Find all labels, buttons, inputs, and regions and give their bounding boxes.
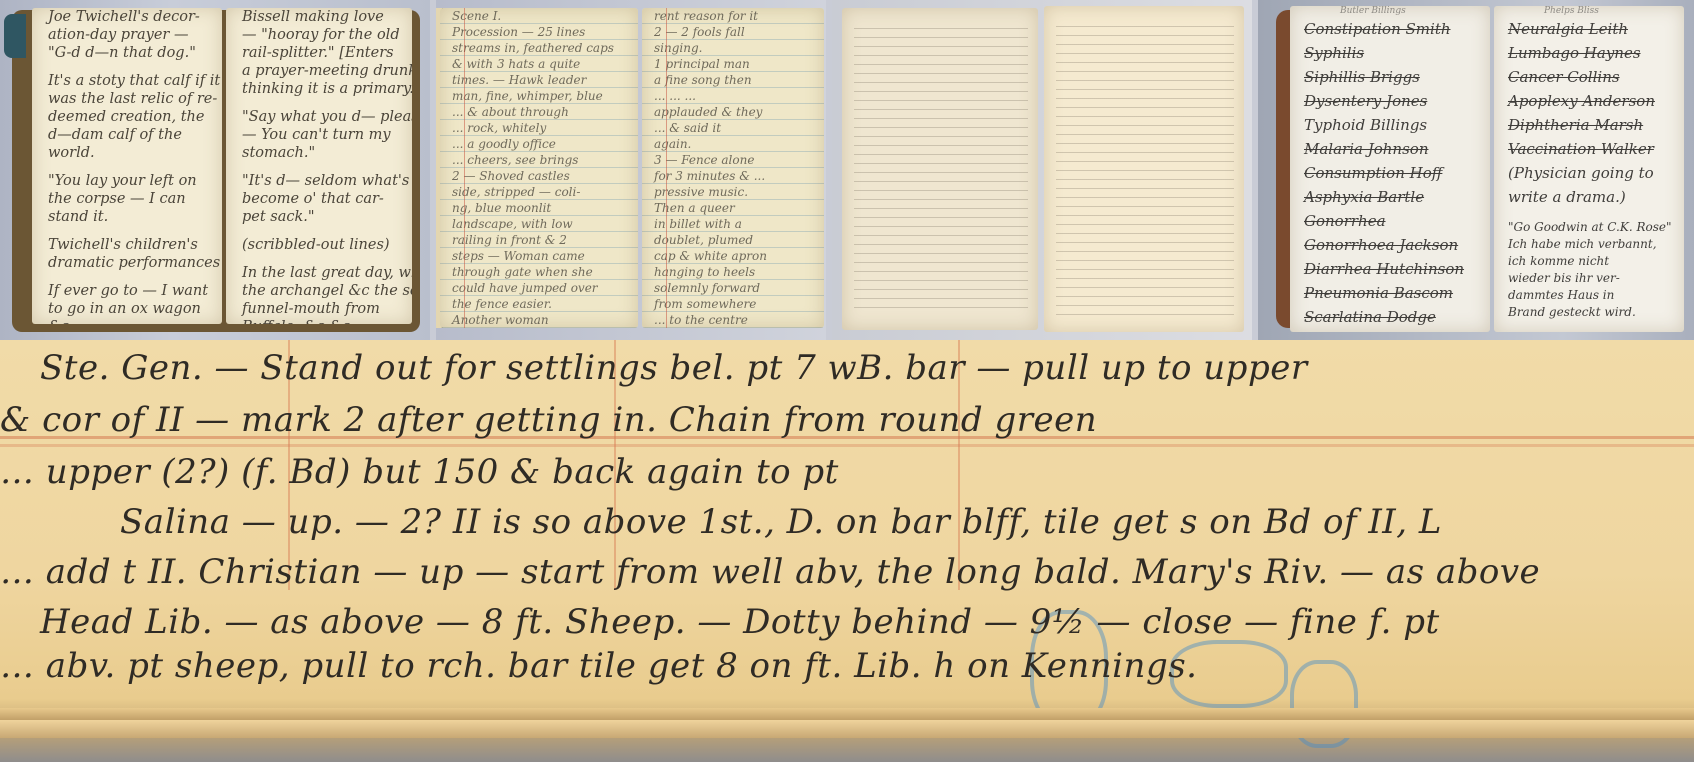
character-name-entry: Scarlatina Dodge [1290, 305, 1490, 329]
character-name-entry: Neuralgia Leith [1494, 17, 1684, 41]
handwritten-line: If ever go to — I want [32, 282, 222, 300]
section-divider [32, 226, 222, 236]
character-name-entry: Typhoid Billings [1290, 113, 1490, 137]
handwritten-line: Another woman [440, 312, 638, 328]
handwritten-line: Then a queer [642, 200, 824, 216]
handwritten-line: It's a stoty that calf if it [32, 72, 222, 90]
handwritten-line: Joe Twichell's decor- [32, 8, 222, 26]
closeup-handwritten-line: Salina — up. — 2? II is so above 1st., D… [120, 502, 1442, 542]
notebook-2-photo: Scene I.Procession — 25 linesstreams in,… [436, 0, 826, 340]
notebook-1-photo: Joe Twichell's decor-ation-day prayer —"… [0, 0, 430, 340]
handwritten-line: to go in an ox wagon [32, 300, 222, 318]
handwritten-line: streams in, feathered caps [440, 40, 638, 56]
german-note-line: dammtes Haus in [1494, 287, 1684, 304]
handwritten-line: a fine song then [642, 72, 824, 88]
notebook-1-left-page: Joe Twichell's decor-ation-day prayer —"… [32, 8, 222, 324]
character-name-entry: Asphyxia Bartle [1290, 185, 1490, 209]
handwritten-line: stomach." [226, 144, 412, 162]
handwritten-line: Procession — 25 lines [440, 24, 638, 40]
german-note-line: ich komme nicht [1494, 253, 1684, 270]
notebook-4-right-page: Phelps BlissNeuralgia LeithLumbago Hayne… [1494, 6, 1684, 332]
handwritten-line: singing. [642, 40, 824, 56]
handwritten-line: Twichell's children's [32, 236, 222, 254]
handwritten-line: solemnly forward [642, 280, 824, 296]
handwritten-line: stand it. [32, 208, 222, 226]
notebook-3-left-page [842, 8, 1038, 330]
handwritten-line: ... to the centre [642, 312, 824, 328]
handwritten-line: through gate when she [440, 264, 638, 280]
character-name-entry: Syphilis [1290, 41, 1490, 65]
dense-handwriting-block [854, 22, 1028, 316]
handwritten-line: rail-splitter." [Enters [226, 44, 412, 62]
character-name-entry: Lumbago Haynes [1494, 41, 1684, 65]
closeup-handwritten-line: Head Lib. — as above — 8 ft. Sheep. — Do… [40, 602, 1440, 642]
section-divider [226, 98, 412, 108]
character-name-entry: (Physician going to [1494, 161, 1684, 185]
handwritten-line: applauded & they [642, 104, 824, 120]
notebook-photo-strip: Joe Twichell's decor-ation-day prayer —"… [0, 0, 1694, 340]
character-name-entry: Gonorrhoea Jackson [1290, 233, 1490, 257]
handwritten-line: times. — Hawk leader [440, 72, 638, 88]
handwritten-line: "Say what you d— please [226, 108, 412, 126]
handwritten-line: ... cheers, see brings [440, 152, 638, 168]
handwritten-line: 3 — Fence alone [642, 152, 824, 168]
handwritten-line: "You lay your left on [32, 172, 222, 190]
character-name-entry: Dysentery Jones [1290, 89, 1490, 113]
german-note-line: "Go Goodwin at C.K. Rose" [1494, 219, 1684, 236]
notebook-2-left-page: Scene I.Procession — 25 linesstreams in,… [440, 8, 638, 328]
character-name-entry: Gonorrhea [1290, 209, 1490, 233]
notebook-4-left-page: Butler BillingsConstipation SmithSyphili… [1290, 6, 1490, 332]
handwritten-line: ng, blue moonlit [440, 200, 638, 216]
notebook-3-right-page [1044, 6, 1244, 332]
handwritten-line: ... & said it [642, 120, 824, 136]
handwritten-line: deemed creation, the [32, 108, 222, 126]
notebook-1: Joe Twichell's decor-ation-day prayer —"… [0, 0, 430, 340]
character-name-entry: Malaria Johnson [1290, 137, 1490, 161]
handwritten-line: from somewhere [642, 296, 824, 312]
pencil-annotation: Butler Billings [1290, 6, 1490, 17]
ruled-line-red [0, 444, 1694, 447]
notebook-3-photo [832, 0, 1252, 340]
handwritten-line: hanging to heels [642, 264, 824, 280]
handwritten-line: ... a goodly office [440, 136, 638, 152]
handwritten-line: cap & white apron [642, 248, 824, 264]
closeup-manuscript-page: Ste. Gen. — Stand out for settlings bel.… [0, 340, 1694, 762]
handwritten-line: railing in front & 2 [440, 232, 638, 248]
handwritten-line: dramatic performances [32, 254, 222, 272]
page-edge [0, 720, 1694, 738]
closeup-handwritten-line: … upper (2?) (f. Bd) but 150 & back agai… [0, 452, 839, 492]
closeup-handwritten-line: … abv. pt sheep, pull to rch. bar tile g… [0, 646, 1197, 686]
handwritten-line: could have jumped over [440, 280, 638, 296]
notebook-2: Scene I.Procession — 25 linesstreams in,… [436, 0, 826, 340]
character-name-entry: write a drama.) [1494, 185, 1684, 209]
handwritten-line: pressive music. [642, 184, 824, 200]
handwritten-line: — You can't turn my [226, 126, 412, 144]
closeup-handwritten-line: & cor of II — mark 2 after getting in. C… [0, 400, 1097, 440]
character-name-entry: Pneumonia Bascom [1290, 281, 1490, 305]
section-divider [32, 162, 222, 172]
handwritten-line: the fence easier. [440, 296, 638, 312]
handwritten-line: doublet, plumed [642, 232, 824, 248]
closeup-handwritten-line: … add t II. Christian — up — start from … [0, 552, 1540, 592]
handwritten-line: become o' that car- [226, 190, 412, 208]
notebook-3 [832, 0, 1252, 340]
section-divider [32, 272, 222, 282]
character-name-entry: Diphtheria Marsh [1494, 113, 1684, 137]
character-name-entry: Consumption Hoff [1290, 161, 1490, 185]
handwritten-line: side, stripped — coli- [440, 184, 638, 200]
character-name-entry: Siphillis Briggs [1290, 65, 1490, 89]
handwritten-line: d—dam calf of the [32, 126, 222, 144]
german-note-line: Brand gesteckt wird. [1494, 304, 1684, 321]
handwritten-line: & with 3 hats a quite [440, 56, 638, 72]
dense-handwriting-block [1056, 20, 1234, 318]
german-note-line: wieder bis ihr ver- [1494, 270, 1684, 287]
handwritten-line: "G-d d—n that dog." [32, 44, 222, 62]
character-name-entry: Constipation Smith [1290, 17, 1490, 41]
handwritten-line: for 3 minutes & ... [642, 168, 824, 184]
section-divider [226, 254, 412, 264]
handwritten-line: a prayer-meeting drunk [226, 62, 412, 80]
handwritten-line: funnel-mouth from [226, 300, 412, 318]
character-name-entry: Apoplexy Anderson [1494, 89, 1684, 113]
handwritten-line: landscape, with low [440, 216, 638, 232]
handwritten-line: rent reason for it [642, 8, 824, 24]
handwritten-line: ... ... ... [642, 88, 824, 104]
notebook-1-right-page: Bissell making love— "hooray for the old… [226, 8, 412, 324]
handwritten-line: In the last great day, when [226, 264, 412, 282]
handwritten-line: the archangel &c the some [226, 282, 412, 300]
handwritten-line: in billet with a [642, 216, 824, 232]
german-note-line: Ich habe mich verbannt, [1494, 236, 1684, 253]
closeup-handwritten-line: Ste. Gen. — Stand out for settlings bel.… [40, 348, 1308, 388]
handwritten-line: was the last relic of re- [32, 90, 222, 108]
handwritten-line: 2 — Shoved castles [440, 168, 638, 184]
notebook-4-photo: Butler BillingsConstipation SmithSyphili… [1258, 0, 1694, 340]
handwritten-line: pet sack." [226, 208, 412, 226]
character-name-entry: Diarrhea Hutchinson [1290, 257, 1490, 281]
handwritten-line: &c. [32, 318, 222, 324]
handwritten-line: world. [32, 144, 222, 162]
handwritten-line: Buffalo, &c &c. [226, 318, 412, 324]
section-divider [32, 62, 222, 72]
handwritten-line: the corpse — I can [32, 190, 222, 208]
character-name-entry: Cancer Collins [1494, 65, 1684, 89]
handwritten-line: Scene I. [440, 8, 638, 24]
handwritten-line: steps — Woman came [440, 248, 638, 264]
notebook-2-right-page: rent reason for it2 — 2 fools fallsingin… [642, 8, 824, 328]
section-divider [226, 226, 412, 236]
handwritten-line: again. [642, 136, 824, 152]
notebook-4: Butler BillingsConstipation SmithSyphili… [1258, 0, 1694, 340]
handwritten-line: — "hooray for the old [226, 26, 412, 44]
handwritten-line: thinking it is a primary.] [226, 80, 412, 98]
handwritten-line: man, fine, whimper, blue [440, 88, 638, 104]
handwritten-line: 1 principal man [642, 56, 824, 72]
pencil-annotation: Phelps Bliss [1494, 6, 1684, 17]
section-divider [226, 162, 412, 172]
handwritten-line: 2 — 2 fools fall [642, 24, 824, 40]
handwritten-line: Bissell making love [226, 8, 412, 26]
handwritten-line: ... rock, whitely [440, 120, 638, 136]
handwritten-line: ... & about through [440, 104, 638, 120]
handwritten-line: (scribbled-out lines) [226, 236, 412, 254]
handwritten-line: "It's d— seldom what's [226, 172, 412, 190]
character-name-entry: Vaccination Walker [1494, 137, 1684, 161]
handwritten-line: ation-day prayer — [32, 26, 222, 44]
